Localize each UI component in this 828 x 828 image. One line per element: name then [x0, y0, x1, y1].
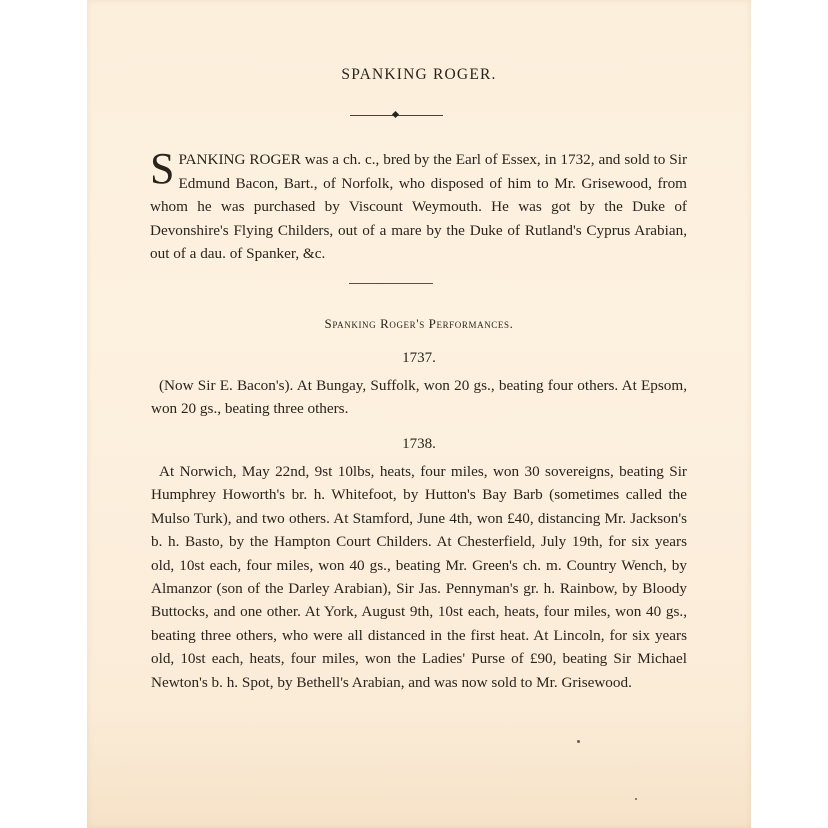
diamond-ornament-icon [392, 111, 399, 118]
intro-lead: PANKING ROGER [178, 151, 300, 168]
intro-paragraph: SPANKING ROGER was a ch. c., bred by the… [150, 148, 687, 266]
paper-speck [577, 740, 580, 743]
performance-paragraph-1738: At Norwich, May 22nd, 9st 10lbs, heats, … [151, 460, 687, 694]
paper-speck [635, 798, 637, 800]
section-heading: Spanking Roger's Performances. [87, 316, 751, 332]
year-heading-1737: 1737. [87, 350, 751, 367]
page-title: SPANKING ROGER. [87, 66, 751, 84]
performance-paragraph-1737: (Now Sir E. Bacon's). At Bungay, Suffolk… [151, 374, 687, 421]
year-heading-1738: 1738. [87, 436, 751, 453]
book-page: SPANKING ROGER. SPANKING ROGER was a ch.… [87, 0, 751, 828]
drop-cap: S [150, 150, 174, 190]
section-divider [349, 283, 433, 284]
